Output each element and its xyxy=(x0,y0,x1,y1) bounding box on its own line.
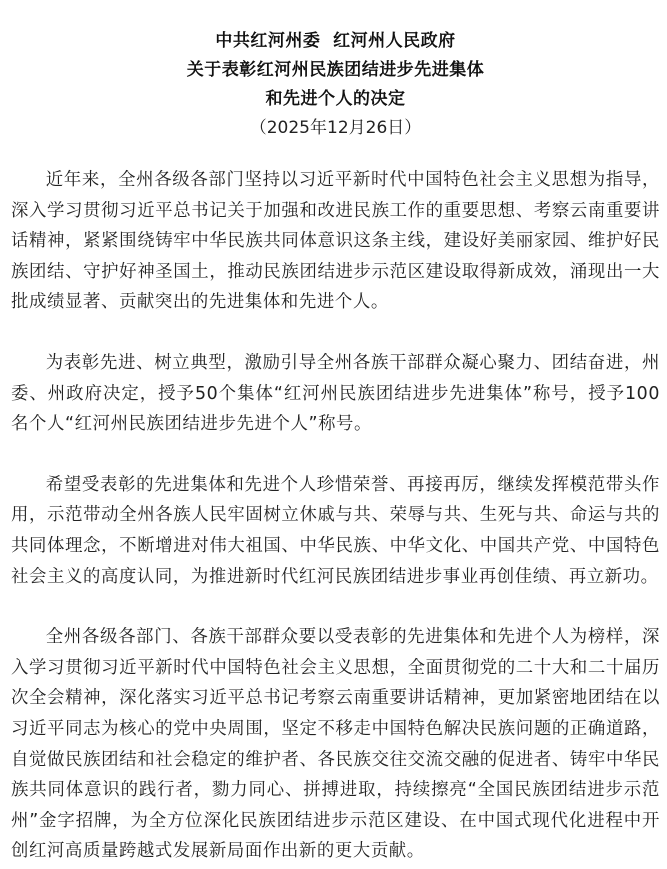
issuer-title: 中共红河州委 红河州人民政府 xyxy=(11,27,660,56)
paragraph-spacer xyxy=(11,318,660,348)
paragraph-expectation: 希望受表彰的先进集体和先进个人珍惜荣誉、再接再厉，继续发挥模范带头作用，示范带动… xyxy=(11,470,660,592)
document-title-line-1: 关于表彰红河州民族团结进步先进集体 xyxy=(11,56,660,85)
document-title-line-2: 和先进个人的决定 xyxy=(11,85,660,114)
paragraph-call-to-action: 全州各级各部门、各族干部群众要以受表彰的先进集体和先进个人为榜样，深入学习贯彻习… xyxy=(11,622,660,867)
document: 中共红河州委 红河州人民政府 关于表彰红河州民族团结进步先进集体 和先进个人的决… xyxy=(0,0,667,867)
document-header: 中共红河州委 红河州人民政府 关于表彰红河州民族团结进步先进集体 和先进个人的决… xyxy=(11,0,660,143)
paragraph-spacer xyxy=(11,592,660,622)
paragraph-decision: 为表彰先进、树立典型，激励引导全州各族干部群众凝心聚力、团结奋进，州委、州政府决… xyxy=(11,348,660,440)
document-date: （2025年12月26日） xyxy=(11,114,660,143)
paragraph-background: 近年来，全州各级各部门坚持以习近平新时代中国特色社会主义思想为指导，深入学习贯彻… xyxy=(11,165,660,318)
paragraph-spacer xyxy=(11,440,660,470)
